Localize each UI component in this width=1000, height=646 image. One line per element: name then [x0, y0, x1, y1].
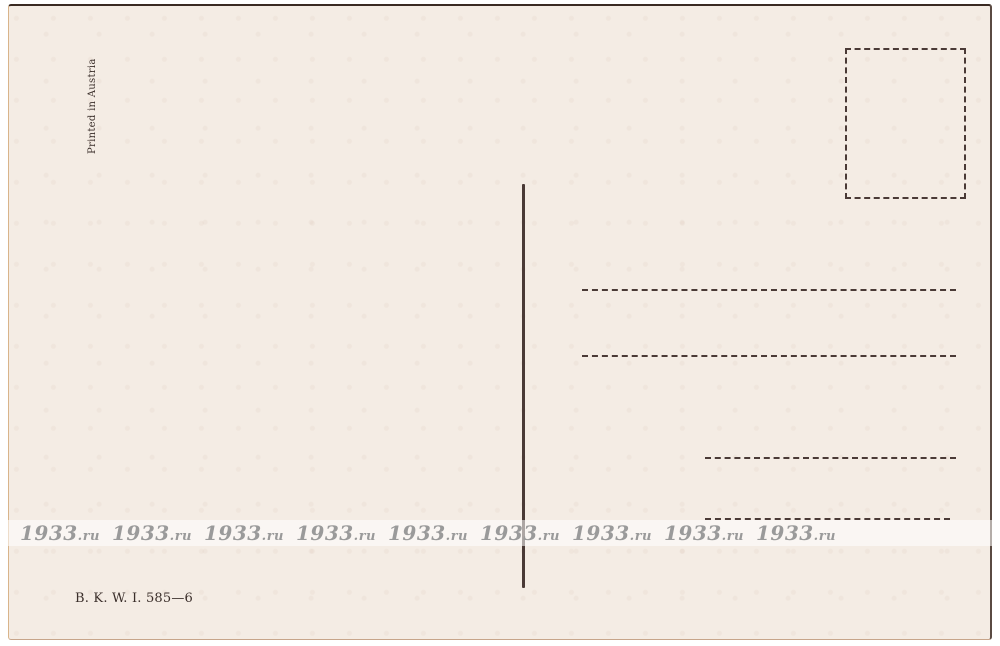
- watermark-text: 1933.ru: [296, 521, 376, 545]
- watermark-text: 1933.ru: [756, 521, 836, 545]
- address-line-2: [582, 355, 956, 357]
- watermark-text: 1933.ru: [480, 521, 560, 545]
- watermark-text: 1933.ru: [572, 521, 652, 545]
- watermark-text: 1933.ru: [204, 521, 284, 545]
- watermark-text: 1933.ru: [388, 521, 468, 545]
- stamp-placeholder-box: [845, 48, 966, 199]
- address-line-3: [705, 457, 956, 459]
- address-line-1: [582, 289, 956, 291]
- watermark-text: 1933.ru: [112, 521, 192, 545]
- printed-in-austria-label: Printed in Austria: [87, 58, 98, 154]
- watermark-banner: 1933.ru 1933.ru 1933.ru 1933.ru 1933.ru …: [0, 520, 1000, 546]
- watermark-text: 1933.ru: [664, 521, 744, 545]
- publisher-code: B. K. W. I. 585—6: [75, 591, 193, 606]
- watermark-text: 1933.ru: [20, 521, 100, 545]
